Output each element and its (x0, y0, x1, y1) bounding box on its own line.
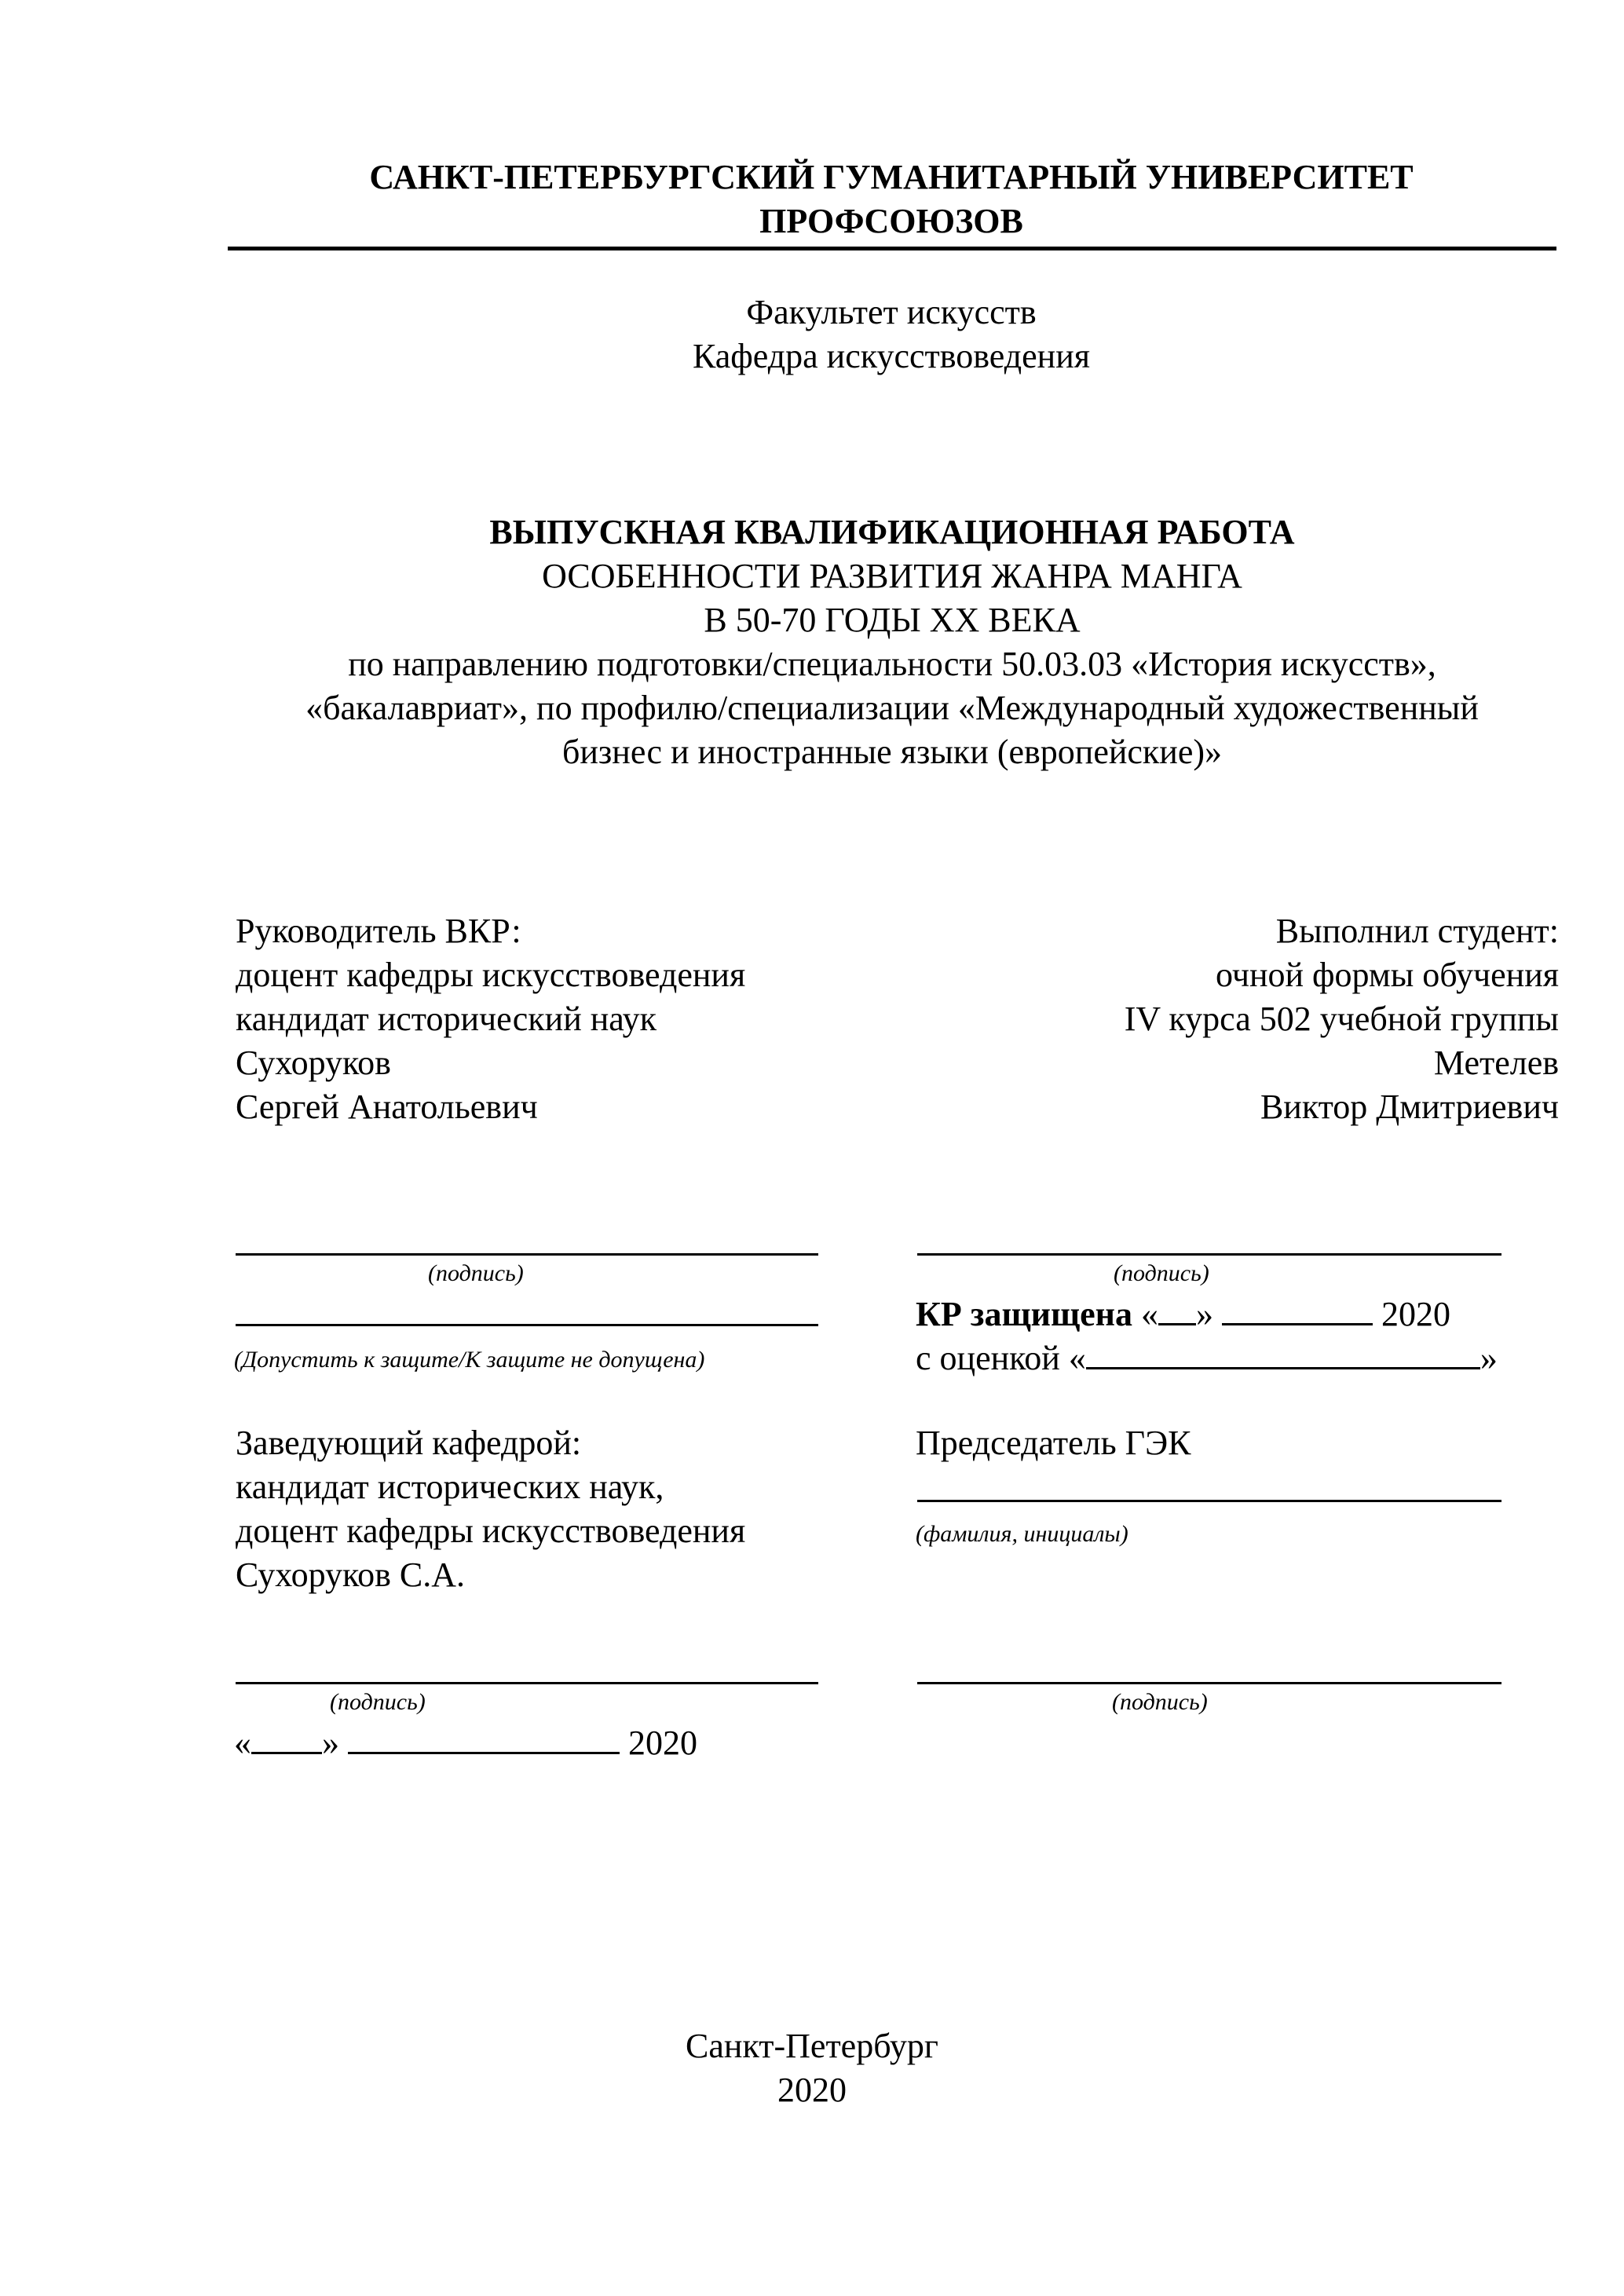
defended-label: КР защищена (916, 1295, 1132, 1333)
defended-year: 2020 (1381, 1295, 1450, 1333)
work-type: ВЫПУСКНАЯ КВАЛИФИКАЦИОННАЯ РАБОТА (228, 510, 1556, 554)
supervisor-position: доцент кафедры искусствоведения (236, 953, 745, 997)
chairman-signature-caption: (подпись) (1112, 1688, 1208, 1717)
head-of-department-block: Заведующий кафедрой: кандидат историческ… (236, 1421, 745, 1597)
student-signature-caption: (подпись) (1114, 1260, 1209, 1288)
supervisor-label: Руководитель ВКР: (236, 909, 745, 953)
head-date-field: «» 2020 (234, 1721, 697, 1765)
department-name: Кафедра искусствоведения (228, 335, 1555, 378)
work-title-block: ВЫПУСКНАЯ КВАЛИФИКАЦИОННАЯ РАБОТА ОСОБЕН… (228, 510, 1556, 774)
defended-close-quote: » (1196, 1295, 1213, 1333)
head-degree: кандидат исторических наук, (236, 1465, 745, 1509)
direction-line1: по направлению подготовки/специальности … (228, 642, 1556, 686)
grade-suffix: » (1480, 1339, 1498, 1377)
defense-month-blank (1222, 1295, 1373, 1325)
supervisor-block: Руководитель ВКР: доцент кафедры искусст… (236, 909, 745, 1129)
grade-prefix: с оценкой « (916, 1339, 1086, 1377)
student-block: Выполнил студент: очной формы обучения I… (864, 909, 1559, 1129)
student-name: Виктор Дмитриевич (864, 1085, 1559, 1129)
head-date-close-quote: » (322, 1724, 339, 1762)
footer-city: Санкт-Петербург (0, 2024, 1624, 2068)
admission-line (236, 1324, 818, 1326)
student-form: очной формы обучения (864, 953, 1559, 997)
head-signature-caption: (подпись) (330, 1688, 426, 1717)
faculty-block: Факультет искусств Кафедра искусствоведе… (228, 291, 1555, 378)
head-date-year: 2020 (628, 1724, 697, 1762)
direction-line2: «бакалавриат», по профилю/специализации … (228, 686, 1556, 730)
university-name-line2: ПРОФСОЮЗОВ (228, 199, 1555, 243)
head-name: Сухоруков С.А. (236, 1553, 745, 1597)
footer-year: 2020 (0, 2068, 1624, 2112)
head-position: доцент кафедры искусствоведения (236, 1509, 745, 1553)
supervisor-signature-line (236, 1253, 818, 1256)
defended-open-quote: « (1141, 1295, 1158, 1333)
defense-day-blank (1158, 1295, 1196, 1325)
student-surname: Метелев (864, 1041, 1559, 1085)
head-label: Заведующий кафедрой: (236, 1421, 745, 1465)
grade-field: с оценкой «» (916, 1336, 1498, 1380)
student-label: Выполнил студент: (864, 909, 1559, 953)
faculty-name: Факультет искусств (228, 291, 1555, 335)
footer-block: Санкт-Петербург 2020 (0, 2024, 1624, 2112)
header-divider (228, 247, 1556, 250)
university-name-line1: САНКТ-ПЕТЕРБУРГСКИЙ ГУМАНИТАРНЫЙ УНИВЕРС… (228, 155, 1555, 199)
head-signature-line (236, 1682, 818, 1684)
chairman-name-caption: (фамилия, инициалы) (916, 1520, 1128, 1548)
supervisor-degree: кандидат исторический наук (236, 997, 745, 1041)
chairman-label: Председатель ГЭК (916, 1421, 1191, 1465)
admission-caption: (Допустить к защите/К защите не допущена… (234, 1346, 704, 1374)
chairman-name-line (917, 1500, 1501, 1502)
work-title-line2: В 50-70 ГОДЫ XX ВЕКА (228, 598, 1556, 642)
head-day-blank (251, 1724, 322, 1754)
grade-blank (1086, 1339, 1480, 1369)
supervisor-signature-caption: (подпись) (428, 1260, 524, 1288)
supervisor-surname: Сухоруков (236, 1041, 745, 1085)
university-name: САНКТ-ПЕТЕРБУРГСКИЙ ГУМАНИТАРНЫЙ УНИВЕРС… (228, 155, 1555, 243)
chairman-signature-line (917, 1682, 1501, 1684)
work-title-line1: ОСОБЕННОСТИ РАЗВИТИЯ ЖАНРА МАНГА (228, 554, 1556, 598)
supervisor-name: Сергей Анатольевич (236, 1085, 745, 1129)
defense-date-field: КР защищена «» 2020 (916, 1292, 1450, 1336)
student-course-group: IV курса 502 учебной группы (864, 997, 1559, 1041)
head-month-blank (348, 1724, 620, 1754)
head-date-open-quote: « (234, 1724, 251, 1762)
student-signature-line (917, 1253, 1501, 1256)
direction-line3: бизнес и иностранные языки (европейские)… (228, 730, 1556, 774)
